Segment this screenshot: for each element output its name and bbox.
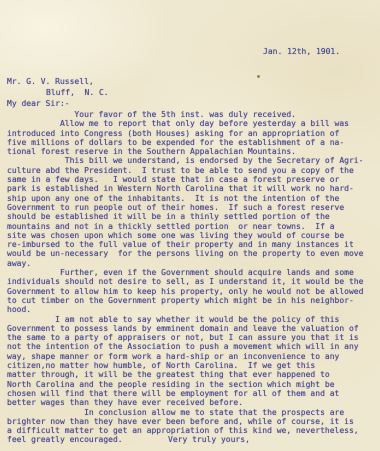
body-line: North Carolina and the people residing i… [7, 380, 363, 389]
body-line: culture abd the President. I trust to be… [7, 166, 363, 175]
body-line: not the intention of the Association to … [7, 342, 363, 351]
recipient-address: Bluff, N. C. [46, 88, 109, 97]
body-line: a difficult matter to get an appropriati… [7, 426, 363, 435]
body-line: Government to allow him to keep his prop… [7, 287, 363, 296]
body-line: same in a few days. I would state that i… [7, 175, 363, 184]
body-line: five millions of dollars to be expended … [7, 138, 363, 147]
body-line: I am not able to say whether it would be… [7, 315, 363, 324]
recipient-name: Mr. G. V. Russell, [7, 77, 94, 86]
body-line: should be established it will be in a th… [7, 212, 363, 221]
body-line: mountains and not in a thickly settled p… [7, 222, 363, 231]
body-line: This bill we understand, is endorsed by … [7, 156, 363, 165]
salutation: My dear Sir:- [7, 99, 70, 108]
body-line: park is established in Western North Car… [7, 184, 363, 193]
body-line: matter through, it will be the greatest … [7, 370, 363, 379]
body-line: to cut timber on the Government property… [7, 296, 363, 305]
body-line: hood. [7, 305, 363, 314]
body-line: introduced into Congress (both Houses) a… [7, 129, 363, 138]
body-line: would be un-necessary for the persons li… [7, 249, 363, 258]
body-line: site was chosen upon which some one was … [7, 231, 363, 240]
letter-body: Your favor of the 5th inst. was duly rec… [7, 110, 363, 445]
ink-speck [257, 75, 260, 78]
body-line: Further, even if the Government should a… [7, 268, 363, 277]
letter-page: Jan. 12th, 1901. Mr. G. V. Russell, Bluf… [0, 0, 380, 451]
body-line: In conclusion allow me to state that the… [7, 408, 363, 417]
body-line: Allow me to report that only day before … [7, 119, 363, 128]
body-line: away. [7, 259, 363, 268]
body-line: better wages than they have ever receive… [7, 398, 363, 407]
body-line: individuals should not desire to sell, a… [7, 277, 363, 286]
body-line: Government to run people out of their ho… [7, 203, 363, 212]
body-line: brighter now than they have ever been be… [7, 417, 363, 426]
body-line: Your favor of the 5th inst. was duly rec… [7, 110, 363, 119]
body-line: Government to possess lands by emminent … [7, 324, 363, 333]
body-line: ship upon any one of the inhabitants. It… [7, 194, 363, 203]
closing: Very truly yours, [168, 435, 250, 444]
letter-date: Jan. 12th, 1901. [263, 47, 340, 56]
body-line: citizen,no matter how humble, of North C… [7, 361, 363, 370]
body-line: chosen will find that there will be empl… [7, 389, 363, 398]
body-line: way, shape manner or form work a hard-sh… [7, 352, 363, 361]
